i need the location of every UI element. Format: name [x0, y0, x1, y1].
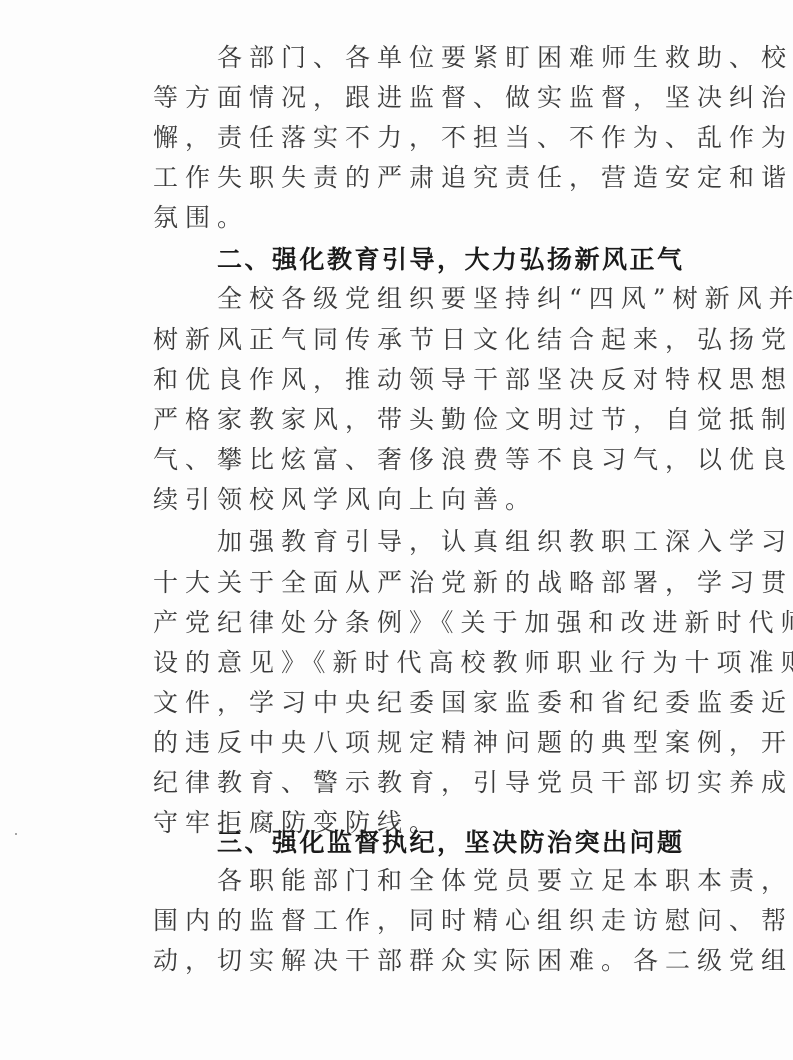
paragraph-line: 设的意见》《新时代高校教师职业行为十项准则》等制度	[153, 643, 713, 683]
section-heading: 二、强化教育引导，大力弘扬新风正气	[153, 240, 777, 280]
paragraph-line: 文件，学习中央纪委国家监委和省纪委监委近期公开通报	[153, 683, 713, 723]
paragraph-line: 加强教育引导，认真组织教职工深入学习贯彻党的二	[153, 522, 777, 562]
paragraph-line: 围内的监督工作，同时精心组织走访慰问、帮扶救助等活	[153, 901, 713, 941]
paragraph-line: 工作失职失责的严肃追究责任，营造安定和谐有序的节日	[153, 158, 713, 198]
paragraph-line: 懈，责任落实不力，不担当、不作为、乱作为等问题，对	[153, 118, 713, 158]
paragraph-line: 纪律教育、警示教育，引导党员干部切实养成纪律自觉、	[153, 763, 713, 803]
scan-speck	[15, 833, 17, 835]
paragraph-line: 严格家教家风，带头勤俭文明过节，自觉抵制讲排场比阔	[153, 400, 713, 440]
paragraph-line: 等方面情况，跟进监督、做实监督，坚决纠治思想麻痹松	[153, 78, 713, 118]
paragraph-line: 气、攀比炫富、奢侈浪费等不良习气，以优良党风政风持	[153, 440, 713, 480]
paragraph-line: 各职能部门和全体党员要立足本职本责，做好职责范	[153, 861, 777, 901]
paragraph-line: 续引领校风学风向上向善。	[153, 480, 713, 520]
paragraph-line: 树新风正气同传承节日文化结合起来，弘扬党的光荣传统	[153, 320, 713, 360]
paragraph-line: 产党纪律处分条例》《关于加强和改进新时代师德师风建	[153, 603, 713, 643]
paragraph-line: 和优良作风，推动领导干部坚决反对特权思想和特权行为，	[153, 360, 713, 400]
paragraph-line: 全校各级党组织要坚持纠“四风”树新风并举，把培	[153, 279, 777, 319]
document-page: 各部门、各单位要紧盯困难师生救助、校园安全稳定 等方面情况，跟进监督、做实监督，…	[0, 0, 793, 1060]
paragraph-line: 各部门、各单位要紧盯困难师生救助、校园安全稳定	[153, 38, 777, 78]
section-heading: 三、强化监督执纪，坚决防治突出问题	[153, 823, 777, 863]
paragraph-line: 动，切实解决干部群众实际困难。各二级党组织纪检委员	[153, 941, 713, 981]
paragraph-line: 的违反中央八项规定精神问题的典型案例，开展党性教育、	[153, 723, 713, 763]
paragraph-line: 氛围。	[153, 198, 713, 238]
paragraph-line: 十大关于全面从严治党新的战略部署，学习贯彻《中国共	[153, 563, 713, 603]
